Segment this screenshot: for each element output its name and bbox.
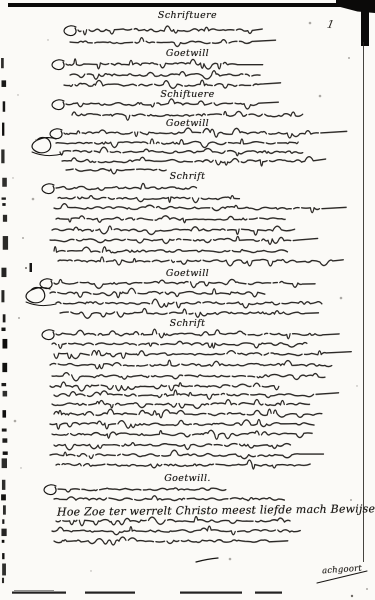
frame-fragment <box>2 519 4 524</box>
ink-stroke <box>42 184 54 194</box>
paper-speck <box>20 467 21 468</box>
paper-speck <box>32 198 35 201</box>
section-header: Schrift <box>0 171 375 182</box>
ink-stroke <box>54 280 315 289</box>
ink-stroke <box>56 300 322 309</box>
ink-stroke <box>56 216 285 223</box>
frame-fragment <box>85 592 135 594</box>
frame-fragment <box>3 236 8 250</box>
ink-stroke <box>44 485 56 495</box>
frame-fragment <box>2 203 5 206</box>
section-header: Goetwill. <box>0 473 375 484</box>
frame-fragment <box>2 197 6 199</box>
paper-speck <box>14 420 17 423</box>
ink-stroke <box>56 299 322 308</box>
section-header: Schiftuere <box>0 89 375 100</box>
frame-fragment <box>1 383 6 386</box>
ink-stroke <box>56 460 310 469</box>
ink-stroke <box>54 351 351 359</box>
frame-fragment <box>2 363 7 372</box>
ink-stroke <box>52 227 295 236</box>
ink-stroke <box>70 38 276 47</box>
frame-fragment <box>1 494 6 500</box>
frame-fragment <box>14 590 54 591</box>
paper-speck <box>35 139 37 141</box>
ink-stroke <box>62 157 326 166</box>
ink-stroke <box>52 400 312 409</box>
frame-fragment <box>3 505 6 514</box>
ink-stroke <box>58 196 240 203</box>
ink-stroke <box>32 152 62 156</box>
ink-stroke <box>196 558 218 562</box>
ink-stroke <box>52 373 325 381</box>
frame-fragment <box>2 80 7 87</box>
frame-fragment <box>12 592 66 594</box>
frame-fragment <box>2 540 5 543</box>
ink-stroke <box>50 450 324 458</box>
frame-fragment <box>3 451 8 454</box>
paper-speck <box>351 595 353 597</box>
paper-speck <box>229 558 232 561</box>
ink-stroke <box>52 60 64 70</box>
frame-fragment <box>2 410 6 417</box>
ink-stroke <box>50 420 314 429</box>
ink-stroke <box>26 302 56 306</box>
frame-fragment <box>1 58 4 68</box>
frame-fragment <box>255 592 282 594</box>
frame-fragment <box>2 438 7 442</box>
frame-fragment <box>2 564 6 576</box>
paper-speck <box>90 570 91 571</box>
section-header: Schriftuere <box>0 10 375 21</box>
ink-stroke <box>52 100 64 110</box>
ink-stroke <box>56 517 290 526</box>
ink-stroke <box>66 59 263 69</box>
frame-fragment <box>1 529 6 536</box>
ink-stroke <box>52 430 312 439</box>
ink-stroke <box>56 140 298 149</box>
frame-fragment <box>2 578 4 583</box>
page-frame-right-border <box>361 2 369 46</box>
section-header: Goetwill <box>0 268 375 279</box>
frame-fragment <box>3 215 7 222</box>
paper-speck <box>47 39 48 40</box>
frame-fragment <box>2 553 4 559</box>
ink-stroke <box>50 420 314 429</box>
frame-fragment <box>1 149 4 163</box>
ink-stroke <box>64 80 281 88</box>
frame-fragment <box>3 101 5 111</box>
paper-speck <box>356 385 357 386</box>
page-frame-top-border <box>8 3 369 7</box>
ink-stroke <box>42 330 54 340</box>
paper-speck <box>350 499 352 501</box>
ink-stroke <box>56 329 339 339</box>
frame-fragment <box>2 458 7 468</box>
section-header: Schrift <box>0 318 375 329</box>
ink-stroke <box>54 409 324 417</box>
frame-fragment <box>3 391 8 397</box>
paper-speck <box>22 237 24 239</box>
paper-speck <box>366 588 368 590</box>
ink-stroke <box>58 257 343 266</box>
frame-fragment <box>2 339 7 349</box>
ink-stroke <box>60 147 305 155</box>
frame-fragment <box>2 429 7 432</box>
ink-stroke <box>64 26 76 36</box>
ink-stroke <box>52 373 325 381</box>
ink-stroke <box>54 204 346 213</box>
ink-stroke <box>54 390 339 399</box>
paper-speck <box>340 297 343 300</box>
frame-fragment <box>180 592 242 594</box>
ink-stroke <box>50 361 332 370</box>
section-header: Goetwill <box>0 118 375 129</box>
ink-stroke <box>54 204 346 213</box>
frame-fragment <box>1 290 4 302</box>
ink-stroke <box>54 279 315 288</box>
manuscript-page: 1 SchriftuereGoetwillSchiftuereGoetwillS… <box>0 0 375 600</box>
section-header: Goetwill <box>0 48 375 59</box>
ink-stroke <box>52 431 312 440</box>
paper-speck <box>309 22 312 25</box>
ink-stroke <box>26 288 50 303</box>
